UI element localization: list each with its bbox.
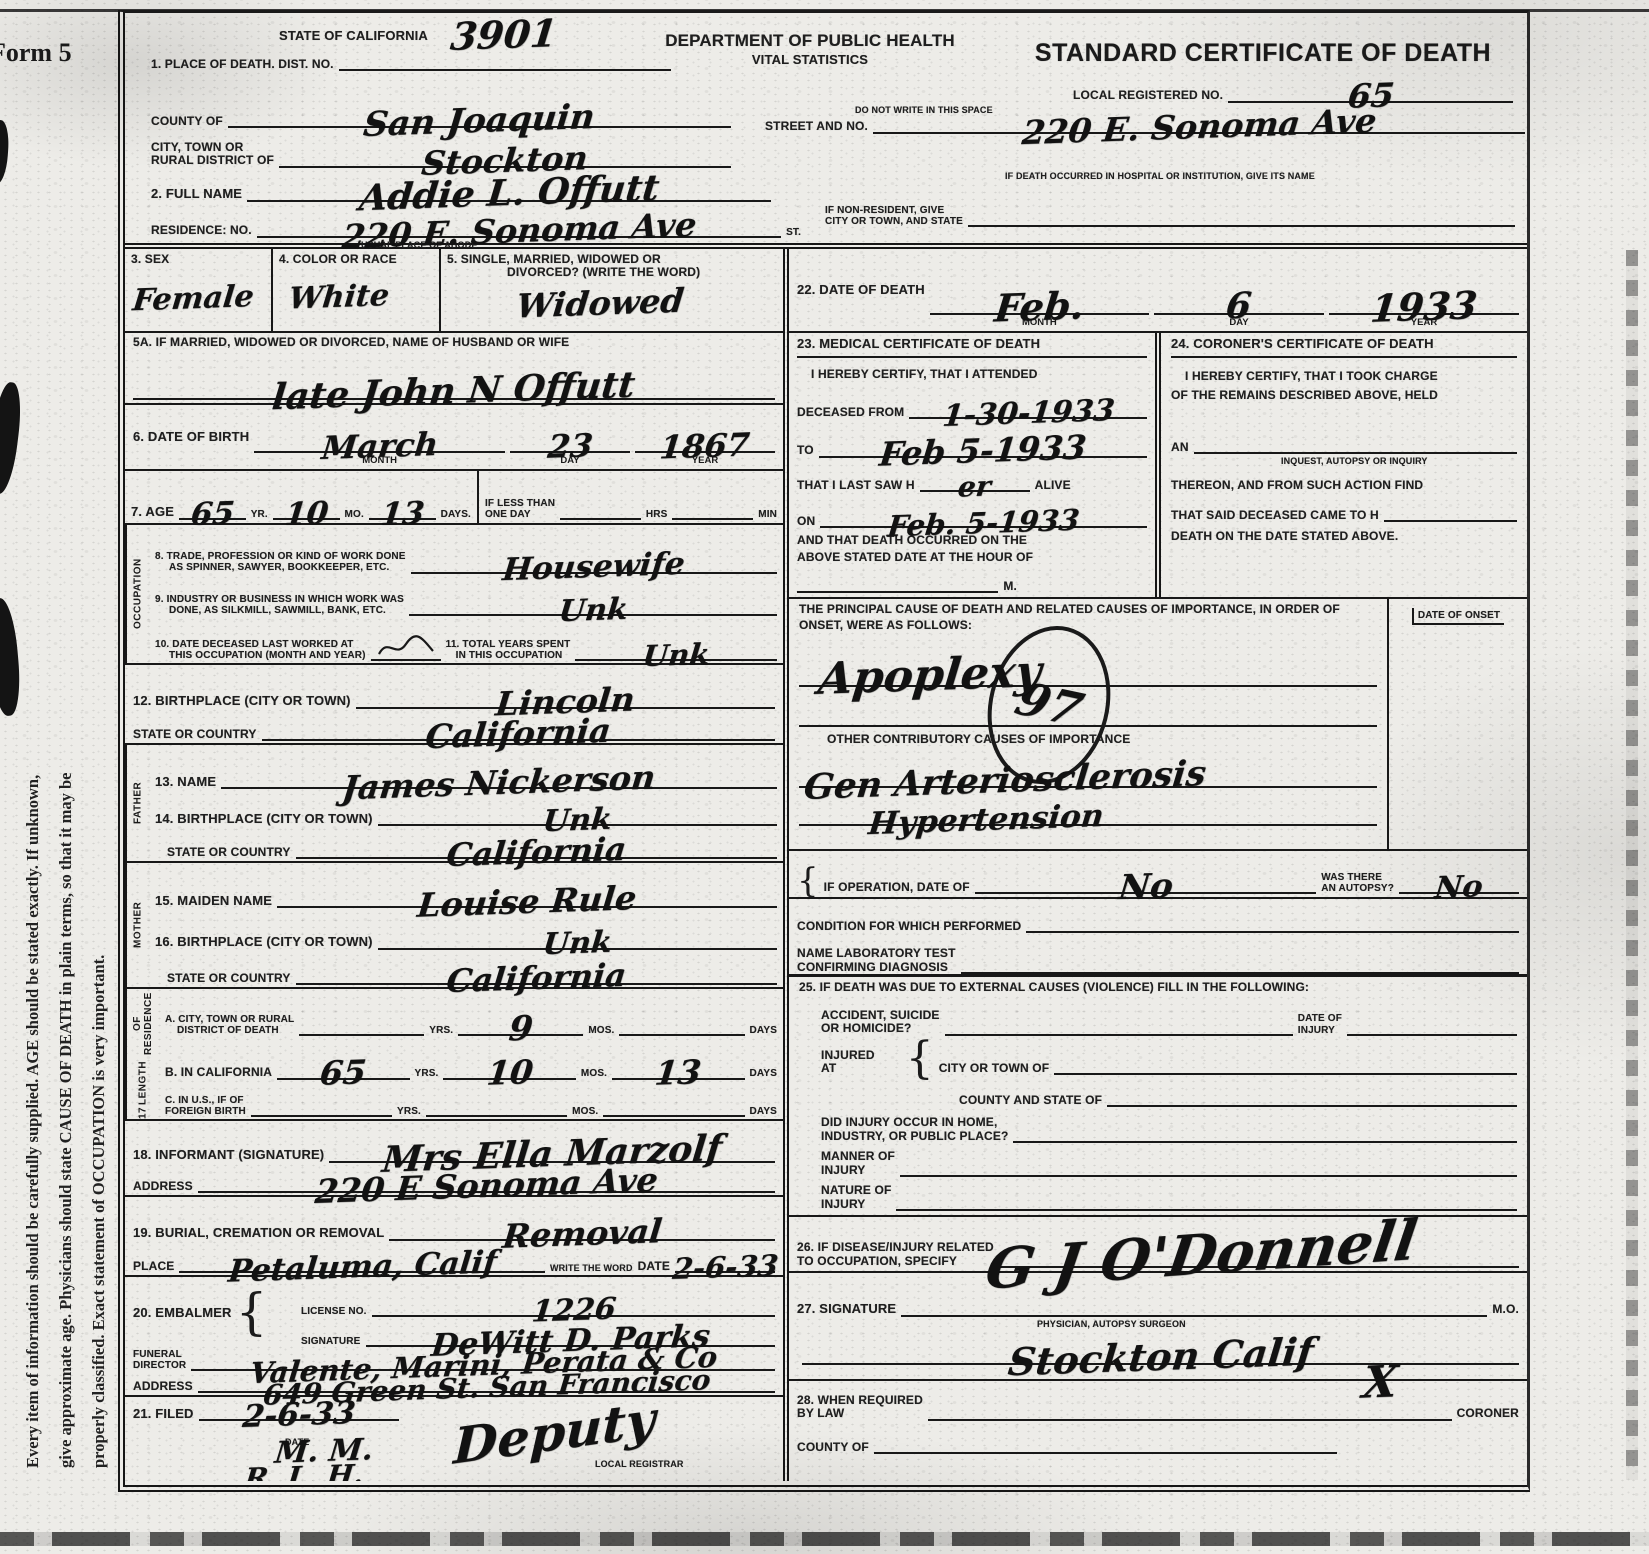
informant-line: Mrs Ella Marzolf	[329, 1142, 775, 1163]
date-stated-line: DEATH ON THE DATE STATED ABOVE.	[1171, 530, 1517, 543]
lab-test-row: NAME LABORATORY TEST CONFIRMING DIAGNOSI…	[789, 933, 1527, 977]
certificates-row: 23. MEDICAL CERTIFICATE OF DEATH I HEREB…	[789, 333, 1527, 599]
last-worked-label-1: 10. DATE DECEASED LAST WORKED AT	[155, 639, 366, 650]
residence-c-yrs-line	[251, 1107, 392, 1117]
mother-side-label: MOTHER	[125, 863, 149, 987]
filed-block: 21. FILED 2-6-33 DATE M. M. R. L. H. Dep…	[125, 1397, 783, 1481]
residence-length-word2: OF RESIDENCE	[132, 989, 154, 1059]
nature-label-2: INJURY	[821, 1198, 891, 1211]
physician-sublabel: PHYSICIAN, AUTOPSY SURGEON	[1037, 1319, 1519, 1329]
mo-unit: MO.	[345, 509, 364, 520]
residence-a-days-line	[619, 1026, 744, 1036]
injured-label-2: AT	[821, 1062, 875, 1075]
residence-c-mos-unit: MOS.	[572, 1106, 598, 1117]
residence-field: RESIDENCE: NO. 220 E. Sonoma Ave ST. USU…	[151, 219, 801, 250]
funeral-label-1: FUNERAL	[133, 1349, 186, 1360]
residence-c-days-unit: DAYS	[750, 1106, 777, 1117]
marital-label-2: DIVORCED? (WRITE THE WORD)	[507, 266, 777, 279]
residence-b-years-value: 65	[319, 1060, 368, 1085]
death-month-line: Feb.	[930, 293, 1149, 315]
birthplace-line: Lincoln	[356, 690, 775, 709]
residence-length-block: 17 LENGTH OF RESIDENCE A. CITY, TOWN OR …	[125, 989, 783, 1121]
district-number-line	[339, 61, 671, 71]
total-years-label-1: 11. TOTAL YEARS SPENT	[446, 639, 571, 650]
nature-of-injury-field: NATURE OF INJURY	[799, 1177, 1517, 1211]
coroner-label: CORONER	[1457, 1407, 1519, 1420]
lab-test-label-1: NAME LABORATORY TEST	[797, 947, 956, 960]
filed-label: 21. FILED	[133, 1407, 194, 1422]
license-value: 1226	[530, 1299, 616, 1323]
embalmer-label-group: 20. EMBALMER {	[133, 1279, 301, 1347]
department-block: DEPARTMENT OF PUBLIC HEALTH VITAL STATIS…	[645, 31, 975, 68]
vital-statistics-label: VITAL STATISTICS	[645, 53, 975, 68]
certificate-header: STATE OF CALIFORNIA 3901 1. PLACE OF DEA…	[125, 13, 1527, 249]
street-label: STREET AND NO.	[765, 120, 868, 133]
injured-at-city-field: INJURED AT { CITY OR TOWN OF	[799, 1036, 1517, 1076]
license-line: 1226	[372, 1300, 775, 1317]
filed-line: 2-6-33	[199, 1404, 399, 1421]
industry-field: 9. INDUSTRY OR BUSINESS IN WHICH WORK WA…	[155, 574, 777, 617]
residence-label: RESIDENCE: NO.	[151, 224, 252, 237]
residence-a-label-2: DISTRICT OF DEATH	[177, 1025, 294, 1036]
industry-label-1: 9. INDUSTRY OR BUSINESS IN WHICH WORK WA…	[155, 594, 404, 605]
hour-line	[797, 583, 998, 593]
last-worked-row: 10. DATE DECEASED LAST WORKED AT THIS OC…	[155, 616, 777, 661]
scan-edge-artifact	[0, 119, 10, 184]
birthplace-label: 12. BIRTHPLACE (CITY OR TOWN)	[133, 694, 351, 709]
residence-length-17: 17	[138, 1107, 149, 1119]
funeral-label-2: DIRECTOR	[133, 1360, 186, 1371]
age-field: 7. AGE 65 YR. 10 MO. 13 DAYS.	[125, 471, 477, 523]
county-line: San Joaquin	[228, 109, 731, 128]
race-field: 4. COLOR OR RACE White	[273, 249, 441, 331]
less-than-label-1: IF LESS THAN	[485, 498, 555, 509]
disease-occupation-label-2: TO OCCUPATION, SPECIFY	[797, 1255, 994, 1268]
residence-b-days-unit: DAYS	[750, 1068, 777, 1079]
full-name-value: Addie L. Offutt	[358, 176, 660, 212]
physician-address-value: Stockton Calif	[1007, 1337, 1315, 1375]
hrs-unit: HRS	[646, 509, 668, 520]
death-year-col: 1933 YEAR	[1329, 293, 1519, 328]
city-label-1: CITY, TOWN OR	[151, 141, 274, 154]
mother-maiden-label: 15. MAIDEN NAME	[155, 894, 272, 909]
an-label: AN	[1171, 441, 1189, 454]
birthplace-field: 12. BIRTHPLACE (CITY OR TOWN) Lincoln ST…	[125, 665, 783, 745]
residence-b-yrs-unit: YRS.	[415, 1068, 439, 1079]
principal-cause-line2: ONSET, WERE AS FOLLOWS:	[799, 619, 1377, 632]
operation-value: No	[1117, 874, 1174, 900]
residence-a-yrs-unit: YRS.	[429, 1025, 453, 1036]
birthplace-state-value: California	[424, 719, 612, 749]
sex-value: Female	[132, 286, 267, 312]
manner-of-injury-field: MANNER OF INJURY	[799, 1143, 1517, 1177]
inquest-sublabel: INQUEST, AUTOPSY OR INQUIRY	[1281, 456, 1517, 466]
margin-note-line2: give approximate age. Physicians should …	[49, 138, 82, 1468]
inquest-line	[1194, 444, 1517, 454]
margin-instructions: Every item of information should be care…	[16, 138, 115, 1468]
external-causes-block: 25. IF DEATH WAS DUE TO EXTERNAL CAUSES …	[789, 977, 1527, 1217]
hours-line	[560, 510, 641, 520]
attended-to-label: TO	[797, 444, 814, 457]
city-or-town-line	[1054, 1065, 1517, 1075]
mother-birthplace-value: Unk	[542, 932, 613, 956]
less-than-label-2: ONE DAY	[485, 509, 555, 520]
birth-date-field: 6. DATE OF BIRTH March MONTH 23 DAY 1867…	[125, 405, 783, 471]
when-required-label-1: 28. WHEN REQUIRED	[797, 1394, 923, 1407]
spouse-line: late John N Offutt	[133, 364, 775, 400]
county-of-label: COUNTY OF	[797, 1441, 869, 1454]
residence-c-label-1: C. IN U.S., IF OF	[165, 1095, 246, 1106]
nature-line	[896, 1201, 1517, 1211]
accident-label-1: ACCIDENT, SUICIDE	[821, 1009, 940, 1022]
date-of-injury-line	[1347, 1026, 1517, 1036]
birth-date-label: 6. DATE OF BIRTH	[133, 430, 249, 445]
department-title: DEPARTMENT OF PUBLIC HEALTH	[645, 31, 975, 50]
residence-value: 220 E. Sonoma Ave	[341, 213, 698, 249]
md-label: M.O.	[1492, 1303, 1519, 1316]
margin-note-line3: properly classified. Exact statement of …	[82, 138, 115, 1468]
burial-value: Removal	[501, 1219, 663, 1248]
total-years-label-2: IN THIS OCCUPATION	[456, 650, 571, 661]
external-causes-title: 25. IF DEATH WAS DUE TO EXTERNAL CAUSES …	[799, 981, 1517, 994]
embalmer-block: 20. EMBALMER { LICENSE NO. 1226 SIGNATUR…	[125, 1277, 783, 1397]
total-years-value: Unk	[642, 644, 711, 667]
spouse-field: 5A. IF MARRIED, WIDOWED OR DIVORCED, NAM…	[125, 333, 783, 405]
injured-at-county-field: COUNTY AND STATE OF	[799, 1075, 1517, 1107]
less-than-one-day-field: IF LESS THAN ONE DAY HRS MIN	[477, 471, 783, 523]
father-name-line: James Nickerson	[221, 771, 777, 790]
mother-state-label: STATE OR COUNTRY	[167, 972, 291, 985]
thereon-line: THEREON, AND FROM SUCH ACTION FIND	[1171, 479, 1517, 492]
mother-block: MOTHER 15. MAIDEN NAME Louise Rule 16. B…	[125, 863, 783, 989]
occupation-block: OCCUPATION 8. TRADE, PROFESSION OR KIND …	[125, 525, 783, 665]
place-of-death-block: STATE OF CALIFORNIA 3901 1. PLACE OF DEA…	[151, 29, 671, 71]
trade-value: Housewife	[502, 553, 686, 582]
write-the-word-note: WRITE THE WORD	[550, 1263, 633, 1273]
injured-label-1: INJURED	[821, 1049, 875, 1062]
local-registered-line: 65	[1228, 84, 1513, 103]
certificate-body: STATE OF CALIFORNIA 3901 1. PLACE OF DEA…	[118, 10, 1530, 1492]
embalmer-label: 20. EMBALMER	[133, 1306, 232, 1321]
residence-length-side: 17 LENGTH OF RESIDENCE	[125, 989, 159, 1119]
on-date-value: Feb. 5-1933	[887, 509, 1081, 537]
date-of-onset-column: DATE OF ONSET	[1387, 599, 1527, 849]
came-to-label: THAT SAID DECEASED CAME TO H	[1171, 509, 1379, 522]
principal-cause-line1: THE PRINCIPAL CAUSE OF DEATH AND RELATED…	[799, 603, 1377, 616]
lab-test-line	[961, 964, 1519, 974]
hour-field: M.	[797, 564, 1017, 593]
nonresident-note-1: IF NON-RESIDENT, GIVE	[825, 205, 963, 216]
sex-label: 3. SEX	[131, 253, 265, 266]
residence-b-days-value: 13	[654, 1060, 703, 1085]
date-of-injury-label-2: INJURY	[1298, 1025, 1342, 1036]
father-name-label: 13. NAME	[155, 775, 216, 790]
illegible-scribble-mark	[376, 635, 436, 659]
street-field: DO NOT WRITE IN THIS SPACE STREET AND NO…	[765, 105, 1525, 134]
residence-a-years-value: 9	[508, 1016, 534, 1041]
nonresident-field: IF NON-RESIDENT, GIVE CITY OR TOWN, AND …	[825, 205, 1515, 227]
industry-line: Unk	[409, 600, 777, 617]
county-label: COUNTY OF	[151, 115, 223, 128]
injury-place-line	[1013, 1133, 1517, 1143]
birth-year-value: 1867	[659, 433, 751, 459]
attended-from-line: 1-30-1933	[909, 403, 1147, 420]
father-block: FATHER 13. NAME James Nickerson 14. BIRT…	[125, 745, 783, 863]
coroner-certificate-title: 24. CORONER'S CERTIFICATE OF DEATH	[1171, 337, 1517, 358]
last-saw-line: er	[920, 477, 1030, 492]
mother-state-line: California	[296, 967, 777, 985]
license-label: LICENSE NO.	[301, 1306, 367, 1317]
birth-month-col: March MONTH	[254, 435, 505, 466]
hospital-note: IF DEATH OCCURRED IN HOSPITAL OR INSTITU…	[1005, 171, 1315, 181]
certificate-title-block: STANDARD CERTIFICATE OF DEATH LOCAL REGI…	[1013, 39, 1513, 103]
residence-c-mos-line	[426, 1107, 567, 1117]
residence-length-word1: LENGTH	[138, 1061, 149, 1105]
manner-label-1: MANNER OF	[821, 1150, 895, 1163]
alive-label: ALIVE	[1035, 479, 1071, 492]
contributory-value-2: Hypertension	[867, 805, 1104, 835]
birthplace-state-line: California	[262, 722, 775, 741]
trade-field: 8. TRADE, PROFESSION OR KIND OF WORK DON…	[155, 527, 777, 574]
residence-a-mos-unit: MOS.	[588, 1025, 614, 1036]
cause-of-death-value: Apoplexy	[817, 656, 1043, 695]
condition-line	[1026, 923, 1519, 933]
mother-state-field: STATE OR COUNTRY California	[155, 950, 777, 985]
nature-label-1: NATURE OF	[821, 1184, 891, 1197]
autopsy-label-2: AN AUTOPSY?	[1321, 883, 1394, 894]
race-value: White	[288, 284, 435, 311]
operation-label: IF OPERATION, DATE OF	[824, 881, 970, 894]
birth-month-line: March	[254, 435, 505, 453]
min-unit: MIN	[758, 509, 777, 520]
county-state-label: COUNTY AND STATE OF	[959, 1094, 1102, 1107]
operation-brace: {	[797, 869, 819, 895]
filed-date-value: 2-6-33	[241, 1402, 356, 1428]
burial-label: 19. BURIAL, CREMATION OR REMOVAL	[133, 1226, 384, 1241]
residence-a-yrs-line	[299, 1026, 424, 1036]
full-name-label: 2. FULL NAME	[151, 187, 242, 202]
informant-address-line: 220 E Sonoma Ave	[198, 1174, 775, 1193]
burial-place-line: Petaluma, Calif	[179, 1256, 545, 1273]
physician-address-line: Stockton Calif	[802, 1343, 1519, 1365]
coroner-when-required-block: X 28. WHEN REQUIRED BY LAW CORONER COUNT…	[789, 1381, 1527, 1481]
attended-to-value: Feb 5-1933	[878, 435, 1087, 466]
medical-certify-line: I HEREBY CERTIFY, THAT I ATTENDED	[811, 368, 1147, 381]
residence-b-mos-line: 10	[443, 1061, 575, 1080]
attended-from-field: DECEASED FROM 1-30-1933	[797, 381, 1147, 419]
last-saw-her-value: er	[957, 476, 992, 497]
city-field: CITY, TOWN OR RURAL DISTRICT OF Stockton	[151, 141, 731, 168]
last-worked-line	[371, 635, 441, 661]
accident-field: ACCIDENT, SUICIDE OR HOMICIDE? DATE OF I…	[799, 994, 1517, 1035]
burial-field: 19. BURIAL, CREMATION OR REMOVAL Removal…	[125, 1197, 783, 1277]
attended-to-line: Feb 5-1933	[819, 439, 1147, 458]
age-years-line: 65	[179, 503, 246, 520]
spouse-label: 5A. IF MARRIED, WIDOWED OR DIVORCED, NAM…	[133, 336, 775, 349]
autopsy-label-1: WAS THERE	[1321, 872, 1394, 883]
came-to-line	[1384, 512, 1517, 522]
death-month-col: Feb. MONTH	[930, 293, 1149, 328]
age-days-value: 13	[379, 502, 425, 526]
county-value: San Joaquin	[363, 105, 597, 137]
sex-field: 3. SEX Female	[125, 249, 273, 331]
full-name-field: 2. FULL NAME Addie L. Offutt	[151, 181, 771, 202]
accident-line	[945, 1026, 1293, 1036]
residence-b-days-line: 13	[612, 1061, 744, 1080]
city-or-town-label: CITY OR TOWN OF	[939, 1062, 1049, 1075]
marital-value: Widowed	[515, 285, 779, 318]
residence-b-yrs-line: 65	[277, 1061, 409, 1080]
physician-signature-label: 27. SIGNATURE	[797, 1302, 896, 1317]
industry-label-2: DONE, AS SILKMILL, SAWMILL, BANK, ETC.	[169, 605, 404, 616]
death-certificate-scan: Form 5 Every item of information should …	[0, 0, 1649, 1554]
age-years-value: 65	[190, 502, 236, 526]
mother-birthplace-line: Unk	[378, 933, 777, 950]
embalmer-brace: {	[236, 1294, 268, 1332]
burial-place-label: PLACE	[133, 1260, 174, 1273]
certificate-title: STANDARD CERTIFICATE OF DEATH	[1013, 39, 1513, 68]
father-state-line: California	[296, 841, 777, 859]
condition-label: CONDITION FOR WHICH PERFORMED	[797, 920, 1021, 933]
local-registered-label: LOCAL REGISTERED NO.	[1073, 89, 1223, 102]
residence-b-label: B. IN CALIFORNIA	[165, 1066, 272, 1079]
death-day-col: 6 DAY	[1154, 294, 1324, 328]
father-state-value: California	[445, 838, 627, 867]
on-line: Feb. 5-1933	[820, 513, 1147, 529]
age-months-value: 10	[283, 502, 329, 526]
injury-place-label-2: INDUSTRY, OR PUBLIC PLACE?	[821, 1130, 1008, 1143]
physician-signature-block: G J O'Donnell 27. SIGNATURE M.O. PHYSICI…	[789, 1273, 1527, 1381]
lab-test-label-2: CONFIRMING DIAGNOSIS	[797, 961, 956, 974]
on-label: ON	[797, 515, 815, 528]
st-label: ST.	[786, 227, 801, 238]
death-day-value: 6	[1225, 294, 1253, 321]
total-years-line: Unk	[575, 645, 777, 661]
age-row: 7. AGE 65 YR. 10 MO. 13 DAYS. IF LESS TH…	[125, 471, 783, 525]
attended-from-label: DECEASED FROM	[797, 406, 904, 419]
manner-line	[900, 1167, 1517, 1177]
injury-location-field: DID INJURY OCCUR IN HOME, INDUSTRY, OR P…	[799, 1107, 1517, 1143]
injured-at-brace: {	[906, 1042, 934, 1075]
birth-year-col: 1867 YEAR	[635, 435, 775, 466]
death-occurred-line2: ABOVE STATED DATE AT THE HOUR OF	[797, 551, 1147, 564]
death-date-label: 22. DATE OF DEATH	[797, 283, 925, 298]
license-field: LICENSE NO. 1226	[301, 1279, 775, 1317]
scan-edge-noise	[1626, 250, 1638, 1480]
city-label-2: RURAL DISTRICT OF	[151, 154, 274, 167]
medical-certificate-title: 23. MEDICAL CERTIFICATE OF DEATH	[797, 337, 1147, 358]
contributory-value-1: Gen Arteriosclerosis	[803, 761, 1207, 800]
when-required-line	[928, 1411, 1452, 1421]
informant-address-label: ADDRESS	[133, 1180, 193, 1193]
trade-label-2: AS SPINNER, SAWYER, BOOKKEEPER, ETC.	[169, 562, 406, 573]
trade-label-1: 8. TRADE, PROFESSION OR KIND OF WORK DON…	[155, 551, 406, 562]
minutes-line	[672, 510, 753, 520]
coroner-certify-line1: I HEREBY CERTIFY, THAT I TOOK CHARGE	[1185, 370, 1517, 383]
yr-unit: YR.	[251, 509, 268, 520]
occupation-fields: 8. TRADE, PROFESSION OR KIND OF WORK DON…	[149, 525, 783, 663]
coroner-certify-line2: OF THE REMAINS DESCRIBED ABOVE, HELD	[1171, 389, 1517, 402]
burial-date-line: 2-6-33	[675, 1257, 775, 1273]
came-to-field: THAT SAID DECEASED CAME TO H	[1171, 492, 1517, 522]
days-unit: DAYS.	[441, 509, 471, 520]
mother-state-value: California	[445, 964, 627, 993]
sex-race-marital-row: 3. SEX Female 4. COLOR OR RACE White 5. …	[125, 249, 783, 333]
residence-c-label-2: FOREIGN BIRTH	[165, 1106, 246, 1117]
father-birthplace-label: 14. BIRTHPLACE (CITY OR TOWN)	[155, 812, 373, 827]
father-state-label: STATE OR COUNTRY	[167, 846, 291, 859]
embalmer-signature-label: SIGNATURE	[301, 1336, 361, 1347]
nonresident-note-2: CITY OR TOWN, AND STATE	[825, 216, 963, 227]
local-registrar-label: LOCAL REGISTRAR	[595, 1459, 684, 1469]
embalmer-address-line: 649 Green St. San Francisco	[198, 1378, 775, 1393]
birthplace-state-label: STATE OR COUNTRY	[133, 728, 257, 741]
residence-a-label-1: A. CITY, TOWN OR RURAL	[165, 1014, 294, 1025]
occupation-side-label: OCCUPATION	[125, 525, 149, 663]
cause-of-death-block: DATE OF ONSET 97 THE PRINCIPAL CAUSE OF …	[789, 599, 1527, 851]
certificate-columns: 3. SEX Female 4. COLOR OR RACE White 5. …	[125, 249, 1527, 1481]
birth-day-col: 23 DAY	[510, 435, 630, 466]
physician-signature-line	[901, 1307, 1487, 1317]
death-year-line: 1933	[1329, 293, 1519, 315]
county-field: COUNTY OF San Joaquin	[151, 109, 731, 128]
embalmer-address-label: ADDRESS	[133, 1380, 193, 1393]
age-days-line: 13	[369, 503, 436, 520]
father-side-label: FATHER	[125, 745, 149, 861]
father-name-value: James Nickerson	[341, 765, 656, 800]
last-saw-label: THAT I LAST SAW H	[797, 479, 915, 492]
date-of-onset-label: DATE OF ONSET	[1412, 608, 1504, 625]
burial-line: Removal	[389, 1222, 775, 1241]
residence-b-mos-unit: MOS.	[581, 1068, 607, 1079]
attended-from-value: 1-30-1933	[941, 400, 1115, 428]
inquest-field: AN	[1171, 402, 1517, 454]
left-column: 3. SEX Female 4. COLOR OR RACE White 5. …	[125, 249, 789, 1481]
death-day-line: 6	[1154, 294, 1324, 315]
marital-label-1: 5. SINGLE, MARRIED, WIDOWED OR	[447, 253, 777, 266]
residence-a-mos-line: 9	[458, 1017, 583, 1036]
district-number-value: 3901	[449, 19, 558, 50]
full-name-line: Addie L. Offutt	[247, 181, 771, 202]
father-birthplace-line: Unk	[378, 810, 777, 827]
father-birthplace-value: Unk	[542, 808, 613, 832]
m-label: M.	[1003, 580, 1017, 593]
birth-month-value: March	[320, 433, 439, 460]
street-line: 220 E. Sonoma Ave	[873, 115, 1525, 134]
embalmer-address-field: ADDRESS 649 Green St. San Francisco	[133, 1371, 775, 1393]
death-month-value: Feb.	[993, 291, 1085, 321]
date-of-injury-label-1: DATE OF	[1298, 1013, 1342, 1024]
autopsy-value: No	[1434, 877, 1484, 900]
death-year-value: 1933	[1369, 291, 1478, 322]
birth-day-value: 23	[546, 434, 593, 459]
residence-b-months-value: 10	[485, 1060, 534, 1085]
form-number: Form 5	[0, 38, 72, 68]
residence-b-field: B. IN CALIFORNIA 65 YRS. 10 MOS. 13 DAYS	[165, 1036, 777, 1079]
mother-maiden-line: Louise Rule	[277, 890, 777, 909]
manner-label-2: INJURY	[821, 1164, 895, 1177]
marital-field: 5. SINGLE, MARRIED, WIDOWED OR DIVORCED?…	[441, 249, 783, 331]
age-label: 7. AGE	[131, 505, 174, 520]
injury-place-label-1: DID INJURY OCCUR IN HOME,	[821, 1116, 1008, 1129]
informant-label: 18. INFORMANT (SIGNATURE)	[133, 1148, 324, 1163]
autopsy-line: No	[1399, 877, 1519, 894]
operation-row: { IF OPERATION, DATE OF No WAS THERE AN …	[789, 851, 1527, 899]
operation-line: No	[975, 875, 1317, 894]
margin-note-line1: Every item of information should be care…	[16, 138, 49, 1468]
medical-certificate: 23. MEDICAL CERTIFICATE OF DEATH I HEREB…	[789, 333, 1161, 597]
when-required-label-2: BY LAW	[797, 1407, 923, 1420]
